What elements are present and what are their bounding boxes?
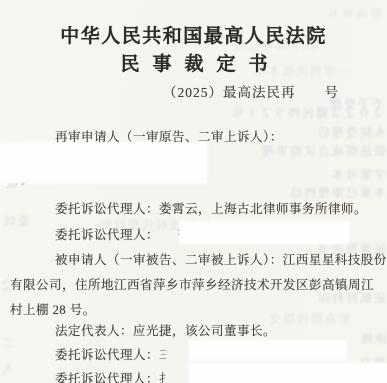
- paragraph-respondent-line-2: 有限公司，住所地江西省萍乡市萍乡经济技术开发区彭高镇周江: [10, 275, 374, 293]
- bleed-through-text: 律师: [348, 330, 387, 347]
- paragraph-agent-2: 委托诉讼代理人：: [55, 225, 159, 243]
- agent-4-label: 委托诉讼代理人：: [55, 372, 159, 383]
- bleed-through-text: 委以: [0, 212, 30, 229]
- paragraph-respondent-line-3: 村上棚 28 号。: [10, 300, 96, 318]
- case-number: （2025）最高法民再 号: [163, 81, 339, 101]
- document-type-heading: 民事裁定书: [7, 49, 387, 76]
- bleed-through-text: 二: [0, 334, 14, 351]
- paragraph-legal-representative: 法定代表人：应光捷，该公司董事长。: [55, 321, 276, 339]
- paragraph-retrial-applicant: 再审申请人（一审原告、二审上诉人）：: [55, 127, 283, 145]
- court-name-heading: 中华人民共和国最高人民法院: [0, 21, 387, 48]
- agent-3-partial-glyph: 三: [159, 345, 166, 363]
- bleed-through-text: 大: [0, 360, 14, 377]
- agent-4-partial-glyph: 扌: [159, 369, 166, 383]
- bleed-through-text: 本院受理后: [294, 124, 386, 141]
- redaction-box-agent-2: [180, 222, 348, 243]
- redaction-box-agent-3: [190, 341, 346, 359]
- paragraph-agent-4: 委托诉讼代理人：扌: [55, 369, 166, 383]
- agent-3-label: 委托诉讼代理人：: [55, 348, 159, 362]
- residual-redaction-mark: ∶: [177, 226, 180, 239]
- scan-smudge-artifact: /// °: [6, 181, 27, 190]
- redaction-box-agent-4: [190, 364, 387, 383]
- paragraph-agent-1: 委托诉讼代理人：娄霄云，上海古北律师事务所律师。: [55, 199, 367, 217]
- redaction-box-applicant-name: [0, 143, 206, 183]
- paragraph-respondent-line-1: 被申请人（一审被告、二审被上诉人）：江西星星科技股份: [55, 250, 387, 268]
- paragraph-agent-3: 委托诉讼代理人：三: [55, 345, 166, 363]
- bleed-through-text: 甲再审书: [292, 5, 382, 22]
- bleed-through-text: 字第号本: [298, 166, 386, 183]
- bleed-through-text: ２０２３赣民终５２１号: [224, 104, 384, 121]
- scanned-court-document-page: 甲再审书 以下简称公司 一审判决选本印 不予受理 ２０２３赣民终５２１号 本院受…: [0, 0, 387, 383]
